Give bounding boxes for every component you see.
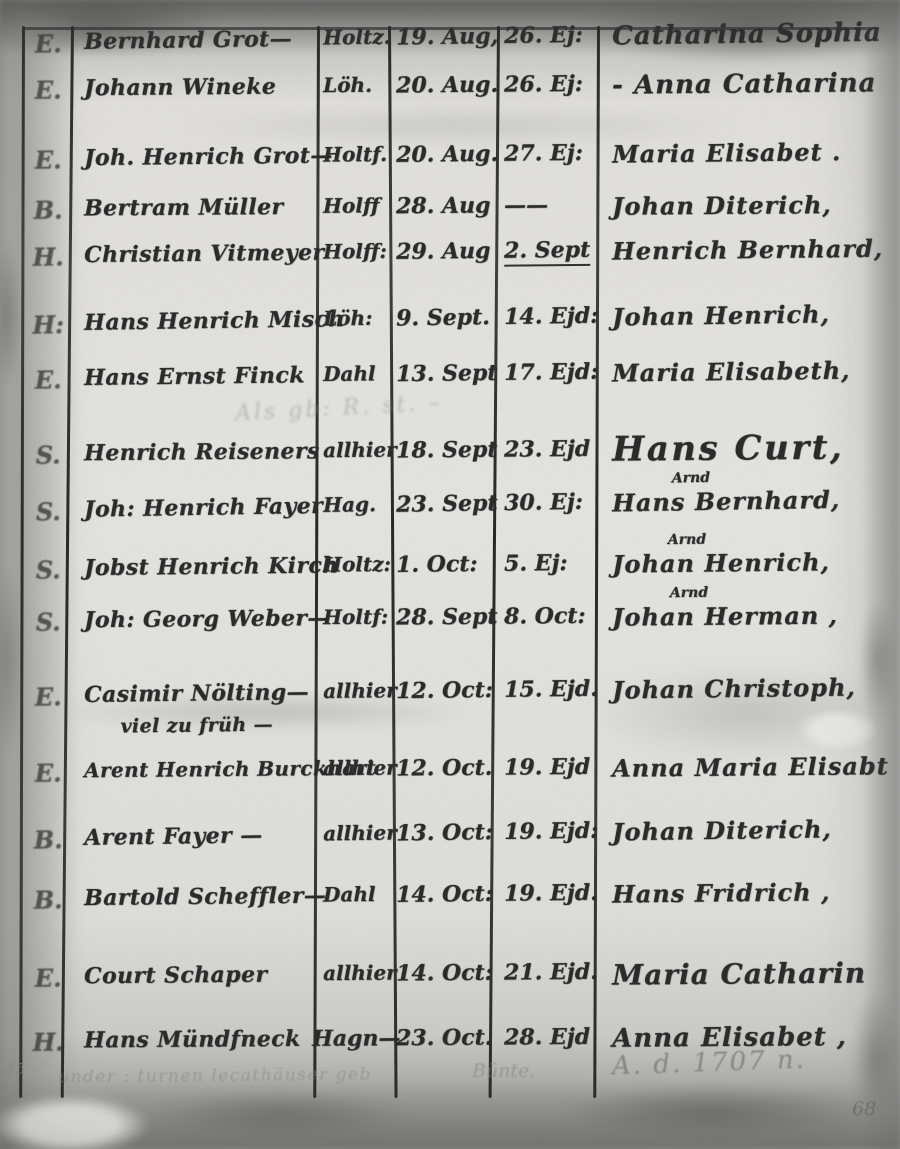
name-entry: Joh: Henrich Fayer xyxy=(84,493,323,523)
place-entry: Dahl xyxy=(323,882,376,907)
name-entry: Joh: Georg Weber— xyxy=(84,605,330,633)
right-name-entry: Maria Elisabet . xyxy=(612,137,842,168)
first-date-entry: 18. Sept xyxy=(396,437,498,464)
name-entry: Casimir Nölting— xyxy=(84,679,309,708)
margin-mark: E. xyxy=(26,365,70,395)
right-name-entry: Johan Diterich, xyxy=(612,190,832,221)
right-name-entry: Hans Curt, xyxy=(612,428,844,470)
place-entry: Hag. xyxy=(323,492,376,517)
right-name-entry: Catharina Sophia xyxy=(612,18,882,52)
bottom-blot-1 xyxy=(150,1090,410,1140)
margin-mark: E. xyxy=(26,75,70,104)
second-date-entry: 23. Ejd xyxy=(504,436,590,463)
first-date-entry: 14. Oct: xyxy=(396,960,493,987)
register-row: B. Bertram Müller Holff 28. Aug —— Johan… xyxy=(0,190,900,196)
register-row: E. Arent Henrich Burckhart allhier 12. O… xyxy=(0,751,900,759)
first-date-entry: 1. Oct: xyxy=(396,551,478,578)
place-entry: allhier xyxy=(323,438,397,463)
place-entry: Holtz: xyxy=(323,552,391,577)
register-row: B. Arent Fayer — allhier 13. Oct: 19. Ej… xyxy=(0,813,900,826)
register-row: E. Court Schaper allhier 14. Oct: 21. Ej… xyxy=(0,956,900,964)
place-entry: allhier xyxy=(323,820,397,845)
name-entry: Henrich Reiseners xyxy=(84,438,320,466)
left-edge-blot-1 xyxy=(0,240,22,390)
first-date-entry: 20. Aug. xyxy=(396,72,498,99)
right-name-entry: Johan Henrich, xyxy=(612,299,830,331)
register-row: E. Joh. Henrich Grot— Holtf. 20. Aug. 27… xyxy=(0,137,900,146)
right-name-entry: Maria Elisabeth, xyxy=(612,356,851,388)
right-name-entry: Johan Henrich, xyxy=(612,547,830,578)
first-date-entry: 23. Sept xyxy=(396,490,498,518)
right-name-entry: Johan Herman , xyxy=(612,601,838,632)
second-date-entry: 26. Ej: xyxy=(504,22,583,49)
second-date-entry: 27. Ej: xyxy=(504,140,583,167)
interlinear-insert: Arnd xyxy=(670,585,708,601)
right-name-entry: Maria Catharin xyxy=(612,956,866,991)
margin-mark: E. xyxy=(26,145,70,174)
white-correction-blob xyxy=(796,708,878,752)
second-date-entry: 26. Ej: xyxy=(504,71,583,98)
margin-mark: B. xyxy=(26,196,70,225)
name-entry: Bertram Müller xyxy=(84,194,284,221)
right-edge-wash xyxy=(862,0,900,1149)
name-entry: Johann Wineke xyxy=(84,74,276,102)
right-edge-blot-1 xyxy=(858,600,900,720)
place-entry: Dahl xyxy=(323,361,376,386)
pencil-note-bottom-left: under : turnen lecathäuser geb xyxy=(58,1065,372,1088)
second-date-entry: 21. Ejd. xyxy=(504,959,598,986)
second-date-entry: 28. Ejd xyxy=(504,1024,590,1051)
first-date-entry: 29. Aug xyxy=(396,238,491,265)
register-row: S. Jobst Henrich Kirch Holtz: 1. Oct: 5.… xyxy=(0,547,900,556)
right-name-entry: Anna Elisabet , xyxy=(612,1022,847,1054)
second-date-entry: 19. Ejd: xyxy=(504,818,599,845)
second-date-entry: 19. Ejd. xyxy=(504,880,598,907)
name-entry: Court Schaper xyxy=(84,962,268,990)
margin-mark: E. xyxy=(26,682,70,712)
first-date-entry: 9. Sept. xyxy=(396,304,490,331)
place-entry: Holtf: xyxy=(323,605,388,630)
margin-mark: E. xyxy=(26,758,70,787)
right-name-entry: Johan Diterich, xyxy=(612,814,832,846)
name-entry: Hans Ernst Finck xyxy=(84,362,305,391)
first-date-entry: 28. Sept xyxy=(396,604,498,631)
first-date-entry: 13. Oct: xyxy=(396,819,493,846)
second-date-entry: 19. Ejd xyxy=(504,754,590,781)
place-entry: allhier xyxy=(323,961,397,986)
register-row: S. Joh: Georg Weber— Holtf: 28. Sept 8. … xyxy=(0,600,900,608)
right-name-entry: - Anna Catharina xyxy=(612,68,877,100)
name-entry: Joh. Henrich Grot— xyxy=(84,143,333,172)
second-date-entry: 17. Ejd: xyxy=(504,359,598,386)
name-entry: Arent Fayer — xyxy=(84,822,263,850)
name-entry: Jobst Henrich Kirch xyxy=(84,552,339,581)
date-name-rule xyxy=(593,26,600,1098)
register-row: S. Henrich Reiseners allhier 18. Sept 23… xyxy=(0,433,900,441)
register-row: H. Hans Mündfneck Hagn— 23. Oct. 28. Ejd… xyxy=(0,1022,900,1028)
first-date-entry: 12. Oct. xyxy=(396,755,493,782)
name-entry: Bartold Scheffler— xyxy=(84,883,326,912)
place-entry: allhier xyxy=(323,678,397,703)
second-date-entry: 5. Ej: xyxy=(504,550,568,577)
margin-mark: H: xyxy=(26,310,70,340)
pencil-page-number-left: 45 xyxy=(6,1060,25,1078)
right-name-entry: Johan Christoph, xyxy=(612,673,856,705)
second-date-entry: 15. Ejd. xyxy=(504,676,598,703)
place-entry: Löh: xyxy=(323,306,373,331)
place-entry: Holff: xyxy=(323,239,387,264)
margin-mark: H. xyxy=(26,242,70,271)
second-date-entry: 2. Sept xyxy=(504,237,590,267)
place-entry: Holtz. xyxy=(323,25,391,50)
place-entry: Holtf. xyxy=(323,142,387,167)
register-row: E. Casimir Nölting— viel zu früh — allhi… xyxy=(0,672,900,683)
margin-mark: S. xyxy=(26,497,70,527)
place-entry: allhier xyxy=(323,756,397,781)
name-entry: Bernhard Grot— xyxy=(84,26,292,55)
register-row: B. Bartold Scheffler— Dahl 14. Oct: 19. … xyxy=(0,877,900,886)
register-row: E. Johann Wineke Löh. 20. Aug. 26. Ej: -… xyxy=(0,68,900,76)
name-subnote: viel zu früh — xyxy=(120,714,273,738)
name-entry: Hans Henrich Misch xyxy=(84,306,345,336)
bottom-blot-2 xyxy=(560,1085,860,1140)
second-date-entry: 30. Ej: xyxy=(504,489,583,516)
margin-mark: B. xyxy=(26,825,70,855)
register-row: H: Hans Henrich Misch Löh: 9. Sept. 14. … xyxy=(0,298,900,311)
margin-mark: S. xyxy=(26,555,70,584)
first-date-entry: 14. Oct: xyxy=(396,881,493,908)
pencil-page-number-right: 68 xyxy=(852,1098,876,1120)
place-entry: Hagn— xyxy=(312,1025,401,1052)
register-row: S. Joh: Henrich Fayer Hag. 23. Sept 30. … xyxy=(0,484,900,498)
right-name-entry: Henrich Bernhard, xyxy=(612,234,883,266)
bottom-band xyxy=(0,1080,900,1149)
place-entry: Holff xyxy=(323,193,380,217)
first-date-entry: 28. Aug xyxy=(396,193,491,220)
margin-mark: S. xyxy=(26,607,70,636)
bottom-left-torn-white xyxy=(0,1095,150,1149)
outer-left-rule xyxy=(19,26,25,1098)
date-date-rule xyxy=(489,26,500,1098)
first-date-entry: 13. Sept xyxy=(396,360,498,387)
name-entry: Hans Mündfneck xyxy=(84,1026,301,1054)
first-date-entry: 20. Aug. xyxy=(396,141,498,168)
second-date-dash: —— xyxy=(504,192,548,218)
margin-mark: E. xyxy=(26,29,70,59)
margin-mark: B. xyxy=(26,885,70,914)
second-date-entry: 8. Oct: xyxy=(504,603,586,630)
right-name-entry: Hans Bernhard, xyxy=(612,485,840,518)
right-name-entry: Anna Maria Elisabt xyxy=(612,751,889,782)
margin-mark: H. xyxy=(26,1028,70,1057)
interlinear-insert: Arnd xyxy=(668,532,706,548)
margin-mark: S. xyxy=(26,440,70,469)
margin-mark: E. xyxy=(26,963,70,992)
scanned-register-page: E. Bernhard Grot— Holtz. 19. Aug, 26. Ej… xyxy=(0,0,900,1149)
name-entry: Christian Vitmeyer xyxy=(84,240,325,269)
register-row: E. Bernhard Grot— Holtz. 19. Aug, 26. Ej… xyxy=(0,17,900,30)
pencil-note-mid: Als gb: R. st. – xyxy=(234,391,442,427)
interlinear-insert: Arnd xyxy=(672,470,710,487)
first-date-entry: 19. Aug, xyxy=(396,23,498,50)
pencil-note-bottom-center: Bünte. xyxy=(472,1060,535,1082)
right-name-entry: Hans Fridrich , xyxy=(612,877,831,908)
register-row: E. Hans Ernst Finck Dahl 13. Sept 17. Ej… xyxy=(0,355,900,366)
place-entry: Löh. xyxy=(323,73,372,97)
register-row: H. Christian Vitmeyer Holff: 29. Aug 2. … xyxy=(0,234,900,243)
first-date-entry: 23. Oct. xyxy=(396,1025,493,1052)
second-date-entry: 14. Ejd: xyxy=(504,303,599,330)
first-date-entry: 12. Oct: xyxy=(396,677,493,704)
